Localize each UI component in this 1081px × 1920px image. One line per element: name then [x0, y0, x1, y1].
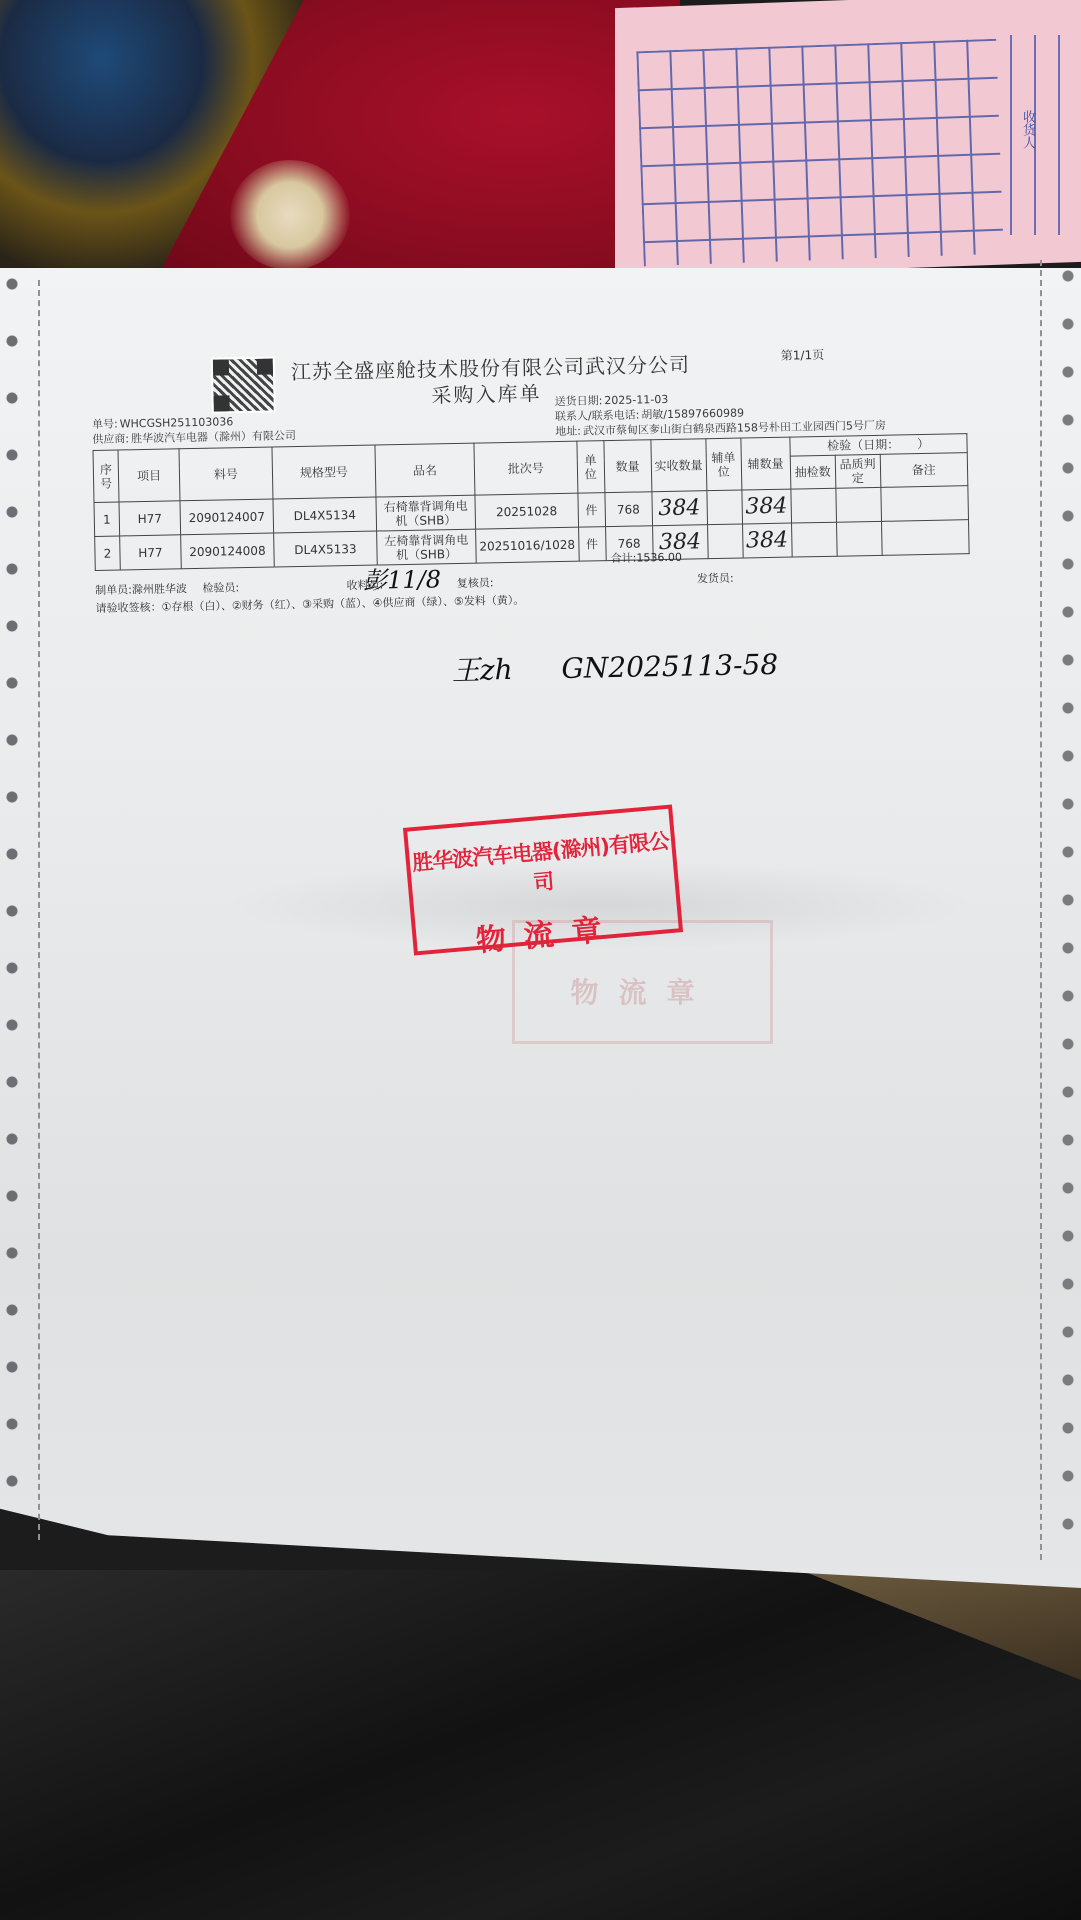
perforation-line-left	[38, 280, 40, 1540]
cell-seq: 1	[94, 502, 120, 536]
cell-received-qty: 384	[652, 491, 708, 526]
header-aux-qty: 辅数量	[741, 437, 791, 490]
qr-code-icon	[211, 356, 276, 413]
cell-quality	[836, 487, 882, 522]
cell-name: 右椅靠背调角电机（SHB）	[376, 495, 476, 531]
header-aux-unit: 辅单位	[706, 438, 742, 491]
cell-sample-qty	[791, 522, 837, 557]
cell-project: H77	[120, 535, 182, 570]
cell-quality	[836, 521, 882, 556]
cell-batch: 20251016/1028	[476, 527, 579, 563]
header-project: 项目	[118, 449, 180, 502]
stamp-company: 胜华波汽车电器(滁州)有限公司	[409, 825, 675, 908]
cell-batch: 20251028	[475, 493, 578, 529]
pink-form-grid	[636, 39, 1003, 266]
cell-part-no: 2090124007	[180, 499, 274, 535]
cell-remarks	[881, 486, 969, 522]
car-seat-background	[0, 1570, 1081, 1920]
handwritten-code: GN2025113-58	[561, 648, 778, 685]
cell-project: H77	[119, 501, 181, 536]
perforation-line-right	[1040, 260, 1042, 1560]
cell-seq: 2	[95, 536, 121, 570]
cell-spec: DL4X5134	[273, 497, 377, 533]
header-sample-qty: 抽检数	[790, 455, 836, 489]
cell-part-no: 2090124008	[181, 533, 275, 569]
header-received-qty: 实收数量	[651, 439, 707, 492]
header-quality: 品质判定	[835, 454, 881, 488]
cell-aux-qty: 384	[742, 489, 792, 524]
receiver-signature: 彭11/8	[363, 559, 442, 595]
tractor-feed-holes-left	[0, 270, 40, 1530]
pink-form-label: 收货人	[1018, 110, 1037, 149]
cell-qty: 768	[605, 492, 653, 527]
items-table: 序号 项目 料号 规格型号 品名 批次号 单位 数量 实收数量 辅单位 辅数量 …	[92, 433, 969, 571]
header-qty: 数量	[604, 440, 652, 493]
cell-aux-unit	[707, 490, 743, 525]
tractor-feed-holes-right	[1056, 260, 1081, 1560]
header-unit: 单位	[577, 441, 605, 494]
header-name: 品名	[375, 443, 475, 497]
handwritten-note: 王zh GN2025113-58	[451, 643, 778, 689]
preparer-name: 滁州胜华波	[132, 582, 187, 596]
cell-aux-qty: 384	[742, 523, 792, 558]
logistics-stamp: 胜华波汽车电器(滁州)有限公司 物流章	[403, 804, 683, 955]
cell-unit: 件	[578, 527, 606, 562]
page-number: 第1/1页	[781, 346, 825, 364]
form-title: 采购入库单	[431, 377, 542, 408]
total-amount: 合计:1536.00	[611, 549, 683, 566]
cell-sample-qty	[791, 488, 837, 523]
header-seq: 序号	[93, 450, 119, 502]
cell-aux-unit	[707, 524, 743, 559]
cell-remarks	[881, 520, 969, 556]
header-remarks: 备注	[880, 453, 968, 488]
cell-unit: 件	[578, 493, 606, 528]
header-part-no: 料号	[179, 447, 273, 501]
header-batch: 批次号	[474, 441, 578, 495]
header-spec: 规格型号	[272, 445, 376, 499]
handwritten-signature: 王zh	[451, 653, 512, 687]
blanket-pattern	[230, 160, 350, 270]
